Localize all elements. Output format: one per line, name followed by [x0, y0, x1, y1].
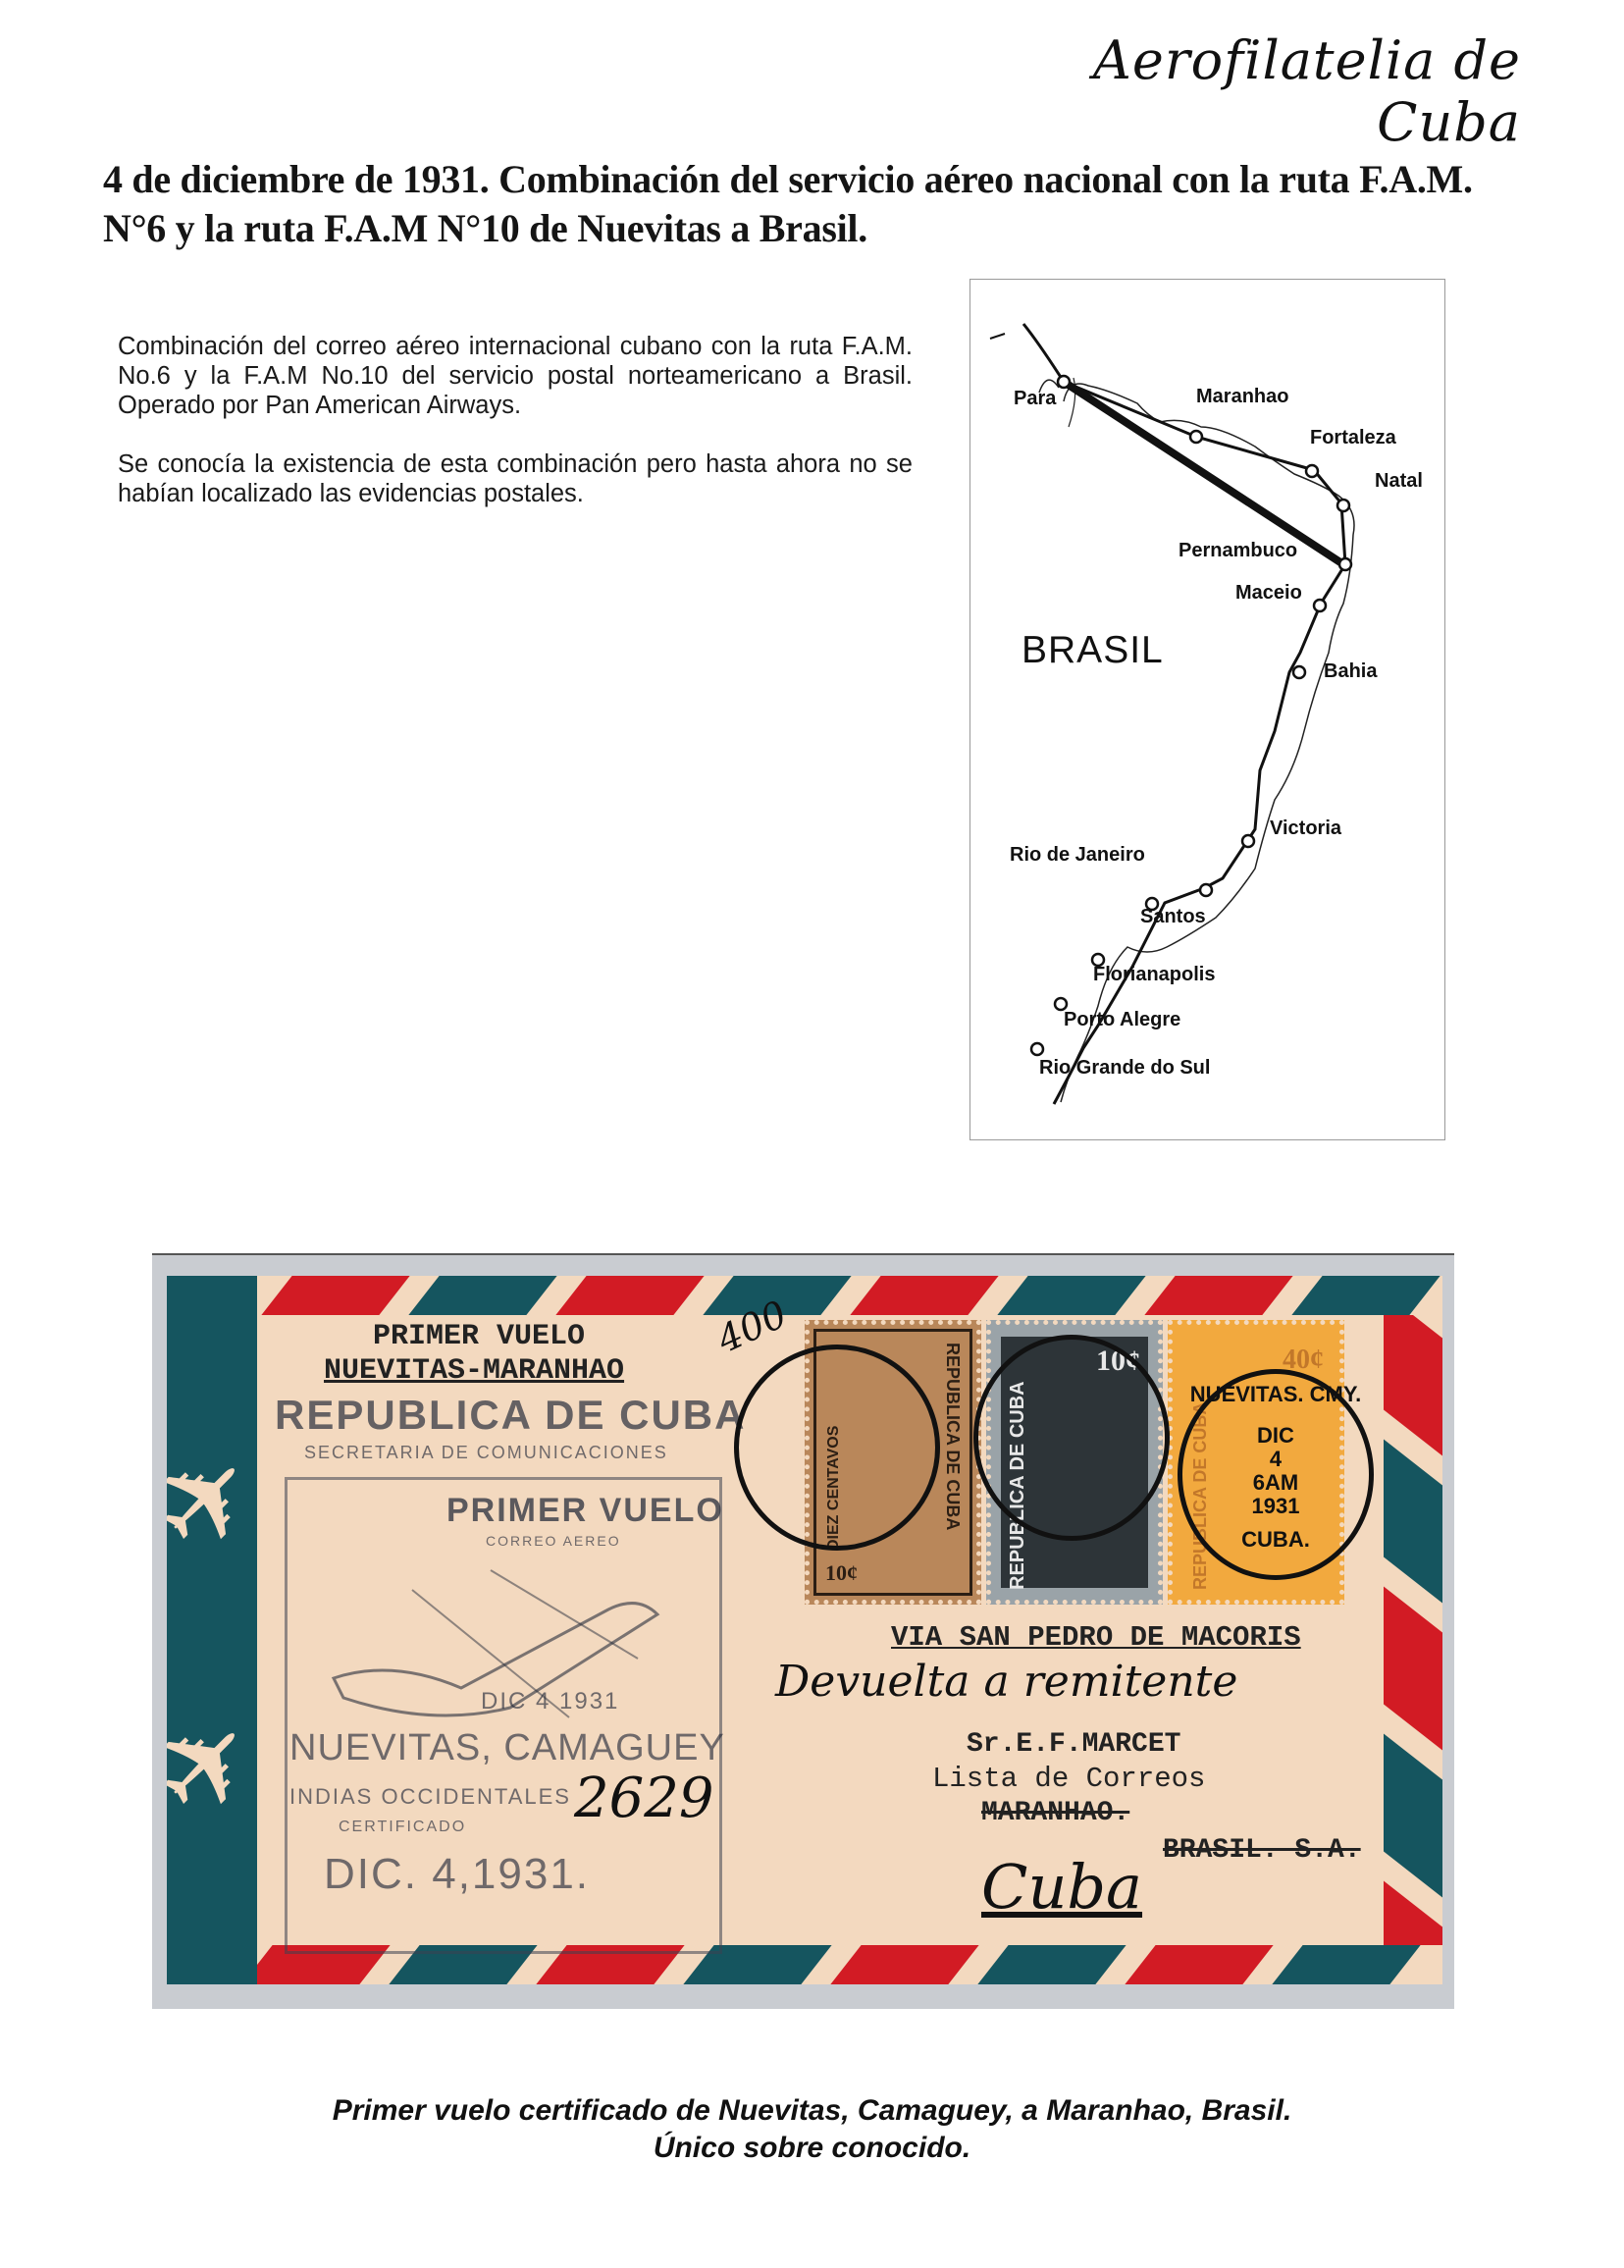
- plane-icon: ✈: [167, 1425, 283, 1578]
- map-city-bahia: Bahia: [1324, 660, 1377, 683]
- heading-line-1: 4 de diciembre de 1931. Combinación del …: [103, 155, 1526, 204]
- map-city-florianapolis: Florianapolis: [1093, 964, 1215, 986]
- postmark-time: 6AM: [1182, 1472, 1369, 1494]
- postmark-3: NUEVITAS. CMY. DIC 4 6AM 1931 CUBA.: [1178, 1369, 1374, 1580]
- route-map: Para Maranhao Fortaleza Natal Pernambuco…: [969, 279, 1445, 1140]
- cachet-date-large: DIC. 4,1931.: [324, 1850, 590, 1899]
- map-city-santos: Santos: [1140, 906, 1206, 928]
- airmail-envelope: ✈ ✈ PRIMER VUELO NUEVITAS-MARANHAO 400 R…: [167, 1276, 1442, 1984]
- cachet-secretaria: SECRETARIA DE COMUNICACIONES: [304, 1443, 668, 1463]
- addressee-name: Sr.E.F.MARCET: [967, 1729, 1180, 1760]
- addressee-lista-de-correos: Lista de Correos: [932, 1763, 1205, 1795]
- postmark-day: 4: [1182, 1449, 1369, 1470]
- typed-first-flight: PRIMER VUELO: [373, 1320, 585, 1353]
- map-city-rio-de-janeiro: Rio de Janeiro: [1010, 844, 1145, 867]
- typed-route: NUEVITAS-MARANHAO: [324, 1354, 624, 1388]
- postmark-town: NUEVITAS. CMY.: [1182, 1384, 1369, 1405]
- page-header-title: Aerofilatelia de Cuba: [1021, 29, 1521, 153]
- registration-number: 2629: [574, 1767, 714, 1830]
- handwritten-return: Devuelta a remitente: [775, 1657, 1237, 1707]
- handwritten-redirect: Cuba: [981, 1851, 1142, 1923]
- cachet-correo-aereo: CORREO AEREO: [486, 1533, 621, 1549]
- airmail-border-right: [1384, 1315, 1442, 1945]
- postmark-month: DIC: [1182, 1425, 1369, 1447]
- map-city-pernambuco: Pernambuco: [1179, 540, 1297, 562]
- cachet-certified: CERTIFICADO: [339, 1819, 466, 1836]
- map-city-maranhao: Maranhao: [1196, 386, 1288, 408]
- heading-line-2: N°6 y la ruta F.A.M N°10 de Nuevitas a B…: [103, 204, 1526, 253]
- map-city-fortaleza: Fortaleza: [1310, 427, 1396, 449]
- caption-line-2: Único sobre conocido.: [0, 2130, 1624, 2167]
- cachet-city: NUEVITAS, CAMAGUEY: [289, 1727, 725, 1769]
- caption-line-1: Primer vuelo certificado de Nuevitas, Ca…: [0, 2092, 1624, 2130]
- postmark-year: 1931: [1182, 1496, 1369, 1517]
- cachet-primer-vuelo: PRIMER VUELO: [446, 1492, 724, 1530]
- postmark-1: [734, 1345, 940, 1551]
- addressee-country-struck: BRASIL. S.A.: [1163, 1835, 1361, 1866]
- cachet-region: INDIAS OCCIDENTALES: [289, 1784, 571, 1810]
- map-country-label: BRASIL: [1022, 629, 1164, 672]
- envelope-left-panel: ✈ ✈: [167, 1276, 257, 1984]
- addressee-city-struck: MARANHAO.: [981, 1798, 1129, 1828]
- map-city-natal: Natal: [1375, 470, 1423, 493]
- intro-text: Combinación del correo aéreo internacion…: [118, 332, 913, 538]
- via-routing: VIA SAN PEDRO DE MACORIS: [891, 1621, 1301, 1654]
- envelope-caption: Primer vuelo certificado de Nuevitas, Ca…: [0, 2092, 1624, 2167]
- intro-paragraph-2: Se conocía la existencia de esta combina…: [118, 449, 913, 508]
- plane-icon: ✈: [167, 1690, 283, 1843]
- map-city-rio-grande-do-sul: Rio Grande do Sul: [1039, 1057, 1210, 1080]
- map-city-para: Para: [1014, 388, 1056, 410]
- map-city-maceio: Maceio: [1235, 582, 1302, 605]
- stamp-denomination: 10¢: [825, 1560, 858, 1586]
- cachet-republica: REPUBLICA DE CUBA: [275, 1392, 746, 1439]
- postmark-2: [973, 1335, 1170, 1541]
- map-city-victoria: Victoria: [1270, 818, 1341, 840]
- postmark-country: CUBA.: [1182, 1529, 1369, 1551]
- airmail-border-top: [257, 1276, 1442, 1315]
- intro-paragraph-1: Combinación del correo aéreo internacion…: [118, 332, 913, 420]
- map-city-porto-alegre: Porto Alegre: [1064, 1009, 1180, 1031]
- page-heading: 4 de diciembre de 1931. Combinación del …: [103, 155, 1526, 253]
- stamp-country: REPUBLICA DE CUBA: [942, 1343, 963, 1588]
- cachet-date-stamp: DIC 4 1931: [481, 1688, 619, 1715]
